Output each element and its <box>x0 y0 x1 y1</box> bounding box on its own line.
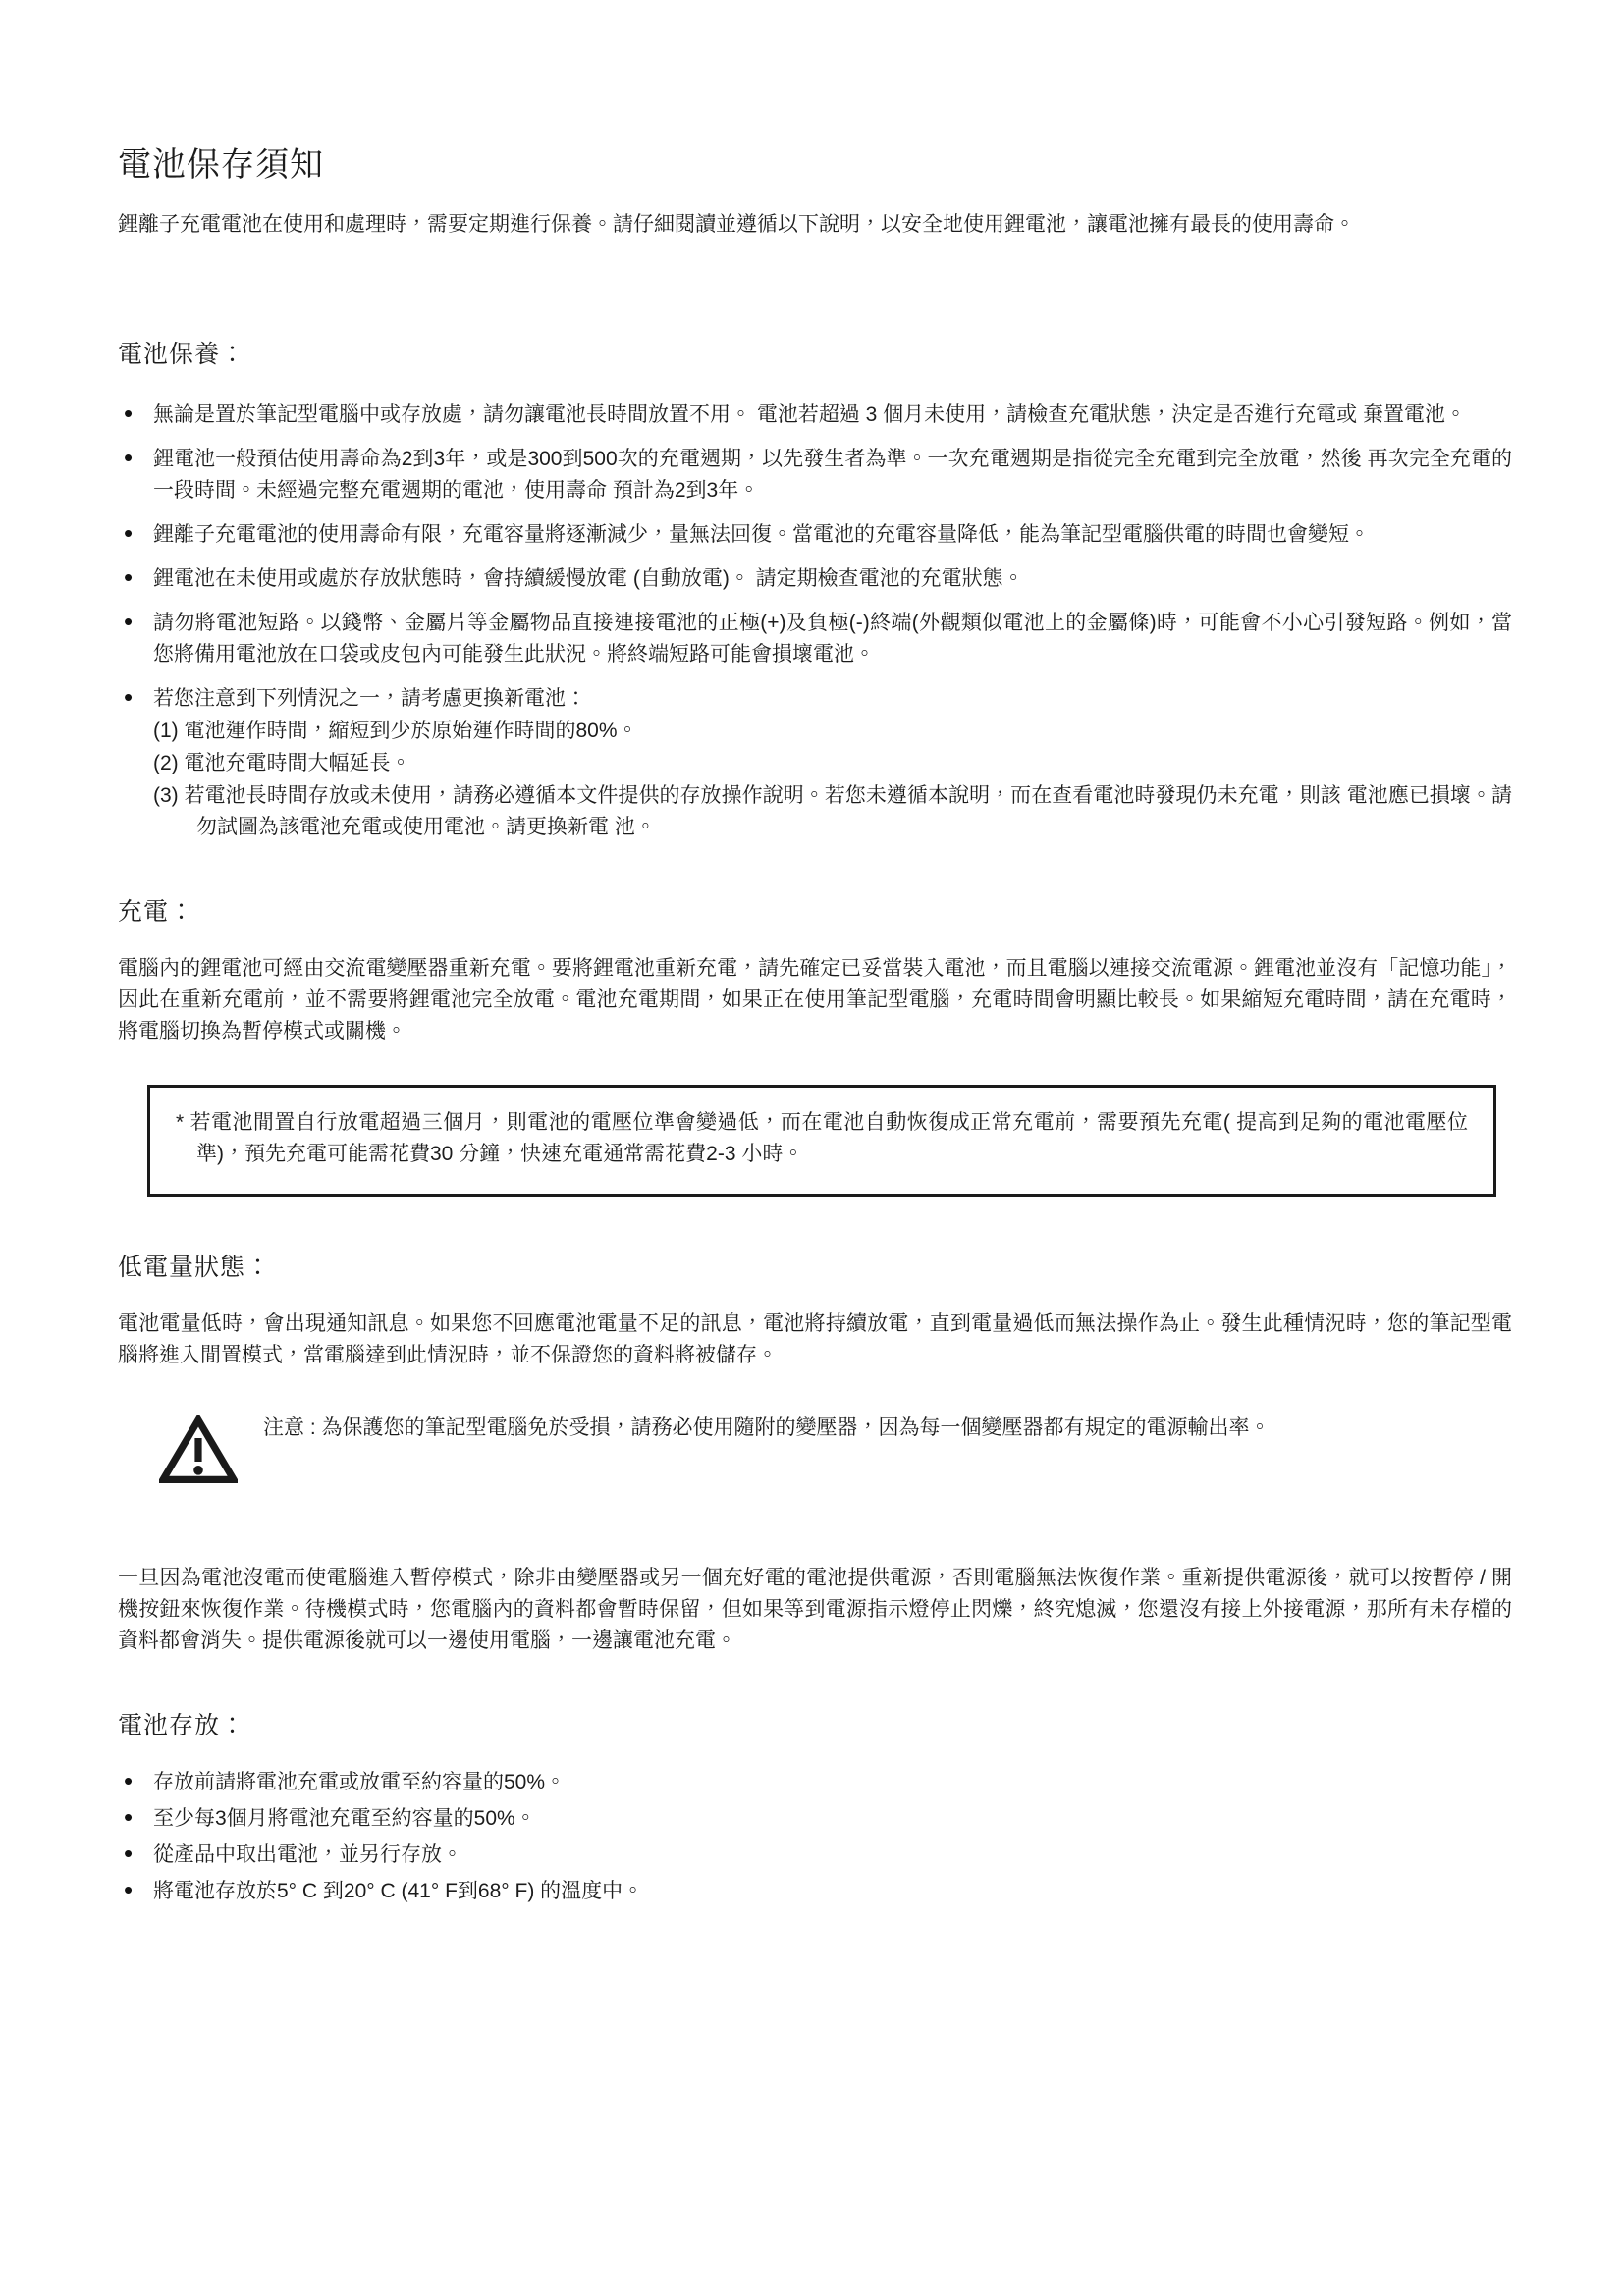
section-heading-low-battery: 低電量狀態： <box>118 1248 1512 1283</box>
list-item: 鋰電池一般預估使用壽命為2到3年，或是300到500次的充電週期，以先發生者為準… <box>118 444 1512 507</box>
replace-condition-2: (2) 電池充電時間大幅延長。 <box>153 748 1512 779</box>
precharge-note-text: * 若電池閒置自行放電超過三個月，則電池的電壓位準會變過低，而在電池自動恢復成正… <box>176 1107 1468 1170</box>
suspend-mode-paragraph: 一旦因為電池沒電而使電腦進入暫停模式，除非由變壓器或另一個充好電的電池提供電源，… <box>118 1563 1512 1657</box>
list-item: 鋰電池在未使用或處於存放狀態時，會持續緩慢放電 (自動放電)。 請定期檢查電池的… <box>118 563 1512 595</box>
replace-battery-lead: 若您注意到下列情況之一，請考慮更換新電池： <box>153 683 1512 715</box>
replace-condition-3: (3) 若電池長時間存放或未使用，請務必遵循本文件提供的存放操作說明。若您未遵循… <box>153 780 1512 843</box>
caution-text: 注意 : 為保護您的筆記型電腦免於受損，請務必使用隨附的變壓器，因為每一個變壓器… <box>263 1413 1512 1444</box>
precharge-note-box: * 若電池閒置自行放電超過三個月，則電池的電壓位準會變過低，而在電池自動恢復成正… <box>147 1085 1496 1197</box>
section-heading-battery-care: 電池保養： <box>118 335 1512 370</box>
list-item: 至少每3個月將電池充電至約容量的50%。 <box>118 1803 1512 1835</box>
low-battery-paragraph: 電池電量低時，會出現通知訊息。如果您不回應電池電量不足的訊息，電池將持續放電，直… <box>118 1308 1512 1371</box>
list-item: 存放前請將電池充電或放電至約容量的50%。 <box>118 1767 1512 1798</box>
warning-triangle-icon <box>159 1413 238 1490</box>
list-item: 請勿將電池短路。以錢幣、金屬片等金屬物品直接連接電池的正極(+)及負極(-)終端… <box>118 608 1512 670</box>
list-item: 無論是置於筆記型電腦中或存放處，請勿讓電池長時間放置不用。 電池若超過 3 個月… <box>118 400 1512 431</box>
section-heading-charging: 充電： <box>118 892 1512 928</box>
page-title: 電池保存須知 <box>118 137 1512 186</box>
document-page: 電池保存須知 鋰離子充電電池在使用和處理時，需要定期進行保養。請仔細閱讀並遵循以… <box>0 0 1624 1971</box>
battery-storage-list: 存放前請將電池充電或放電至約容量的50%。 至少每3個月將電池充電至約容量的50… <box>118 1767 1512 1907</box>
battery-care-list: 無論是置於筆記型電腦中或存放處，請勿讓電池長時間放置不用。 電池若超過 3 個月… <box>118 400 1512 843</box>
section-heading-battery-storage: 電池存放： <box>118 1706 1512 1741</box>
list-item: 若您注意到下列情況之一，請考慮更換新電池： (1) 電池運作時間，縮短到少於原始… <box>118 683 1512 843</box>
list-item: 將電池存放於5° C 到20° C (41° F到68° F) 的溫度中。 <box>118 1876 1512 1907</box>
charging-paragraph: 電腦內的鋰電池可經由交流電變壓器重新充電。要將鋰電池重新充電，請先確定已妥當裝入… <box>118 953 1512 1047</box>
intro-paragraph: 鋰離子充電電池在使用和處理時，需要定期進行保養。請仔細閱讀並遵循以下說明，以安全… <box>118 209 1512 240</box>
list-item: 鋰離子充電電池的使用壽命有限，充電容量將逐漸減少，量無法回復。當電池的充電容量降… <box>118 519 1512 551</box>
caution-block: 注意 : 為保護您的筆記型電腦免於受損，請務必使用隨附的變壓器，因為每一個變壓器… <box>159 1413 1512 1490</box>
replace-condition-1: (1) 電池運作時間，縮短到少於原始運作時間的80%。 <box>153 716 1512 747</box>
list-item: 從產品中取出電池，並另行存放。 <box>118 1840 1512 1871</box>
